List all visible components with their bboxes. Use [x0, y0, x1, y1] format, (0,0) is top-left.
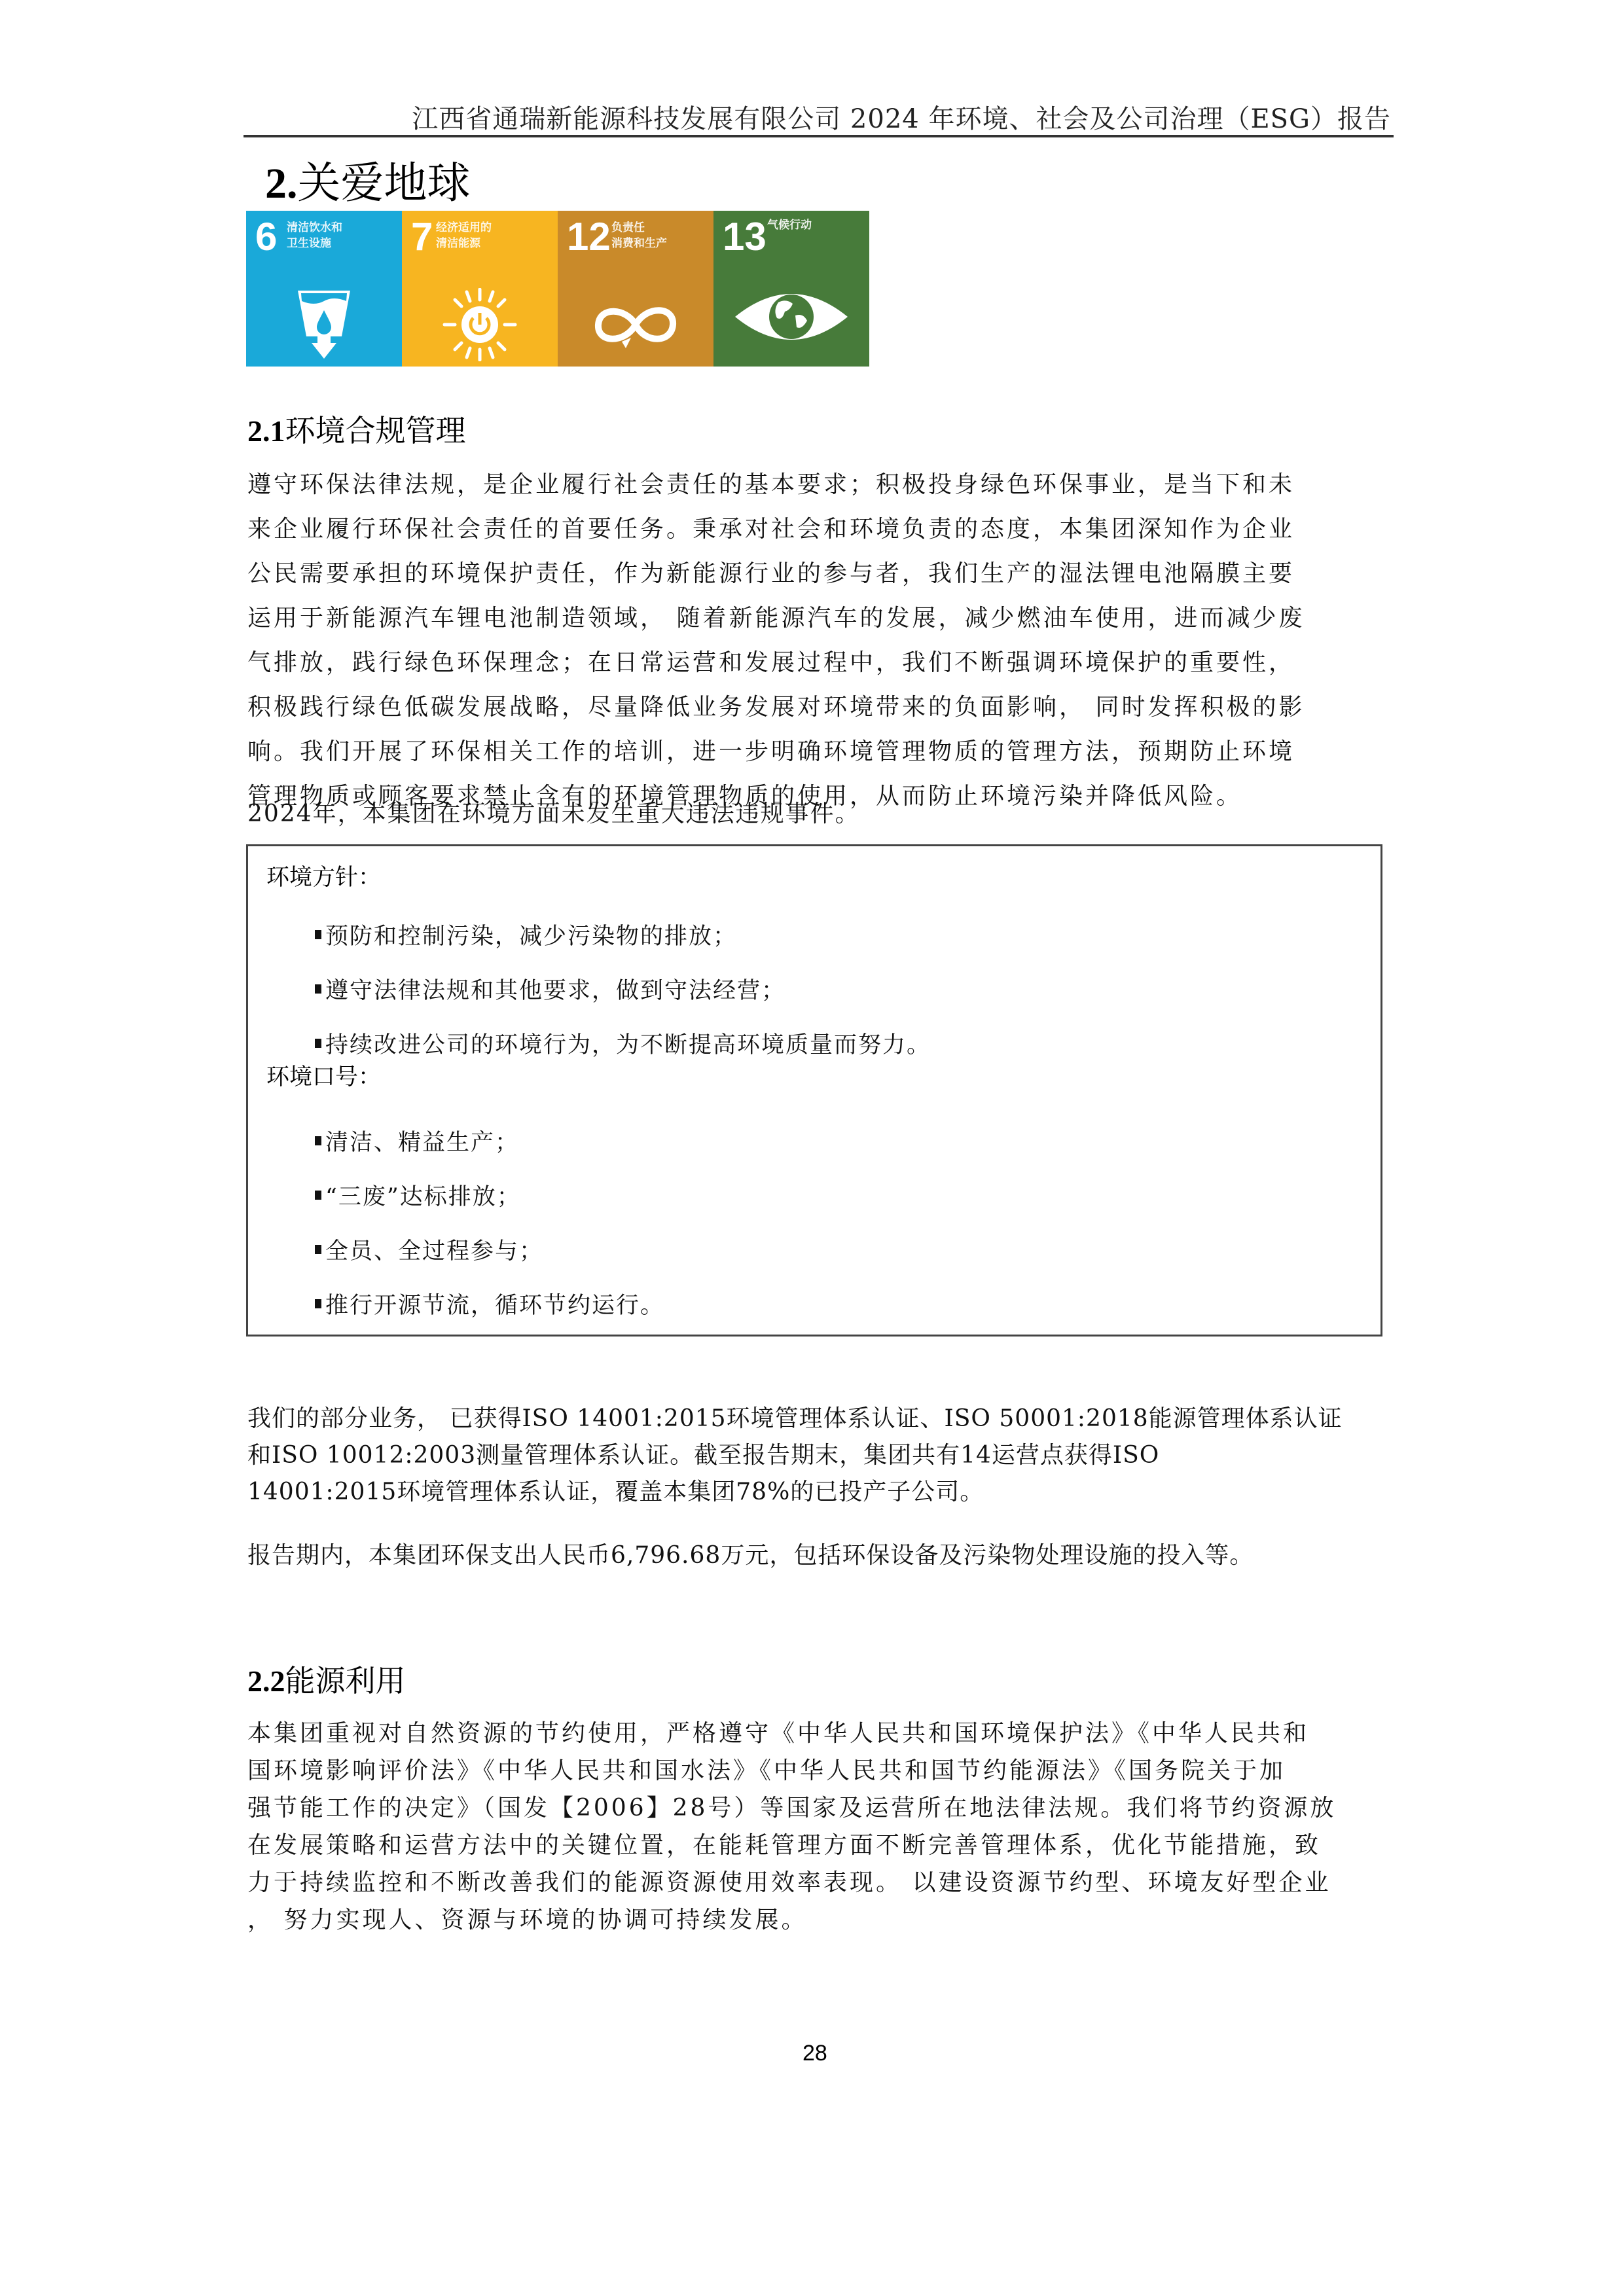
- slogan-title: 环境口号：: [266, 1059, 381, 1092]
- slogan-item: 清洁、精益生产；: [315, 1124, 519, 1157]
- sdg-label: 气候行动: [767, 217, 812, 233]
- square-bullet-icon: [315, 984, 321, 994]
- slogan-item: “三废”达标排放；: [315, 1179, 521, 1211]
- policy-item: 持续改进公司的环境行为，为不断提高环境质量而努力。: [315, 1027, 931, 1060]
- certification-paragraph: 我们的部分业务， 已获得ISO 14001:2015环境管理体系认证、ISO 5…: [247, 1401, 1386, 1511]
- sdg-tile-12: 12 负责任消费和生产: [558, 211, 713, 367]
- sdg-label: 负责任消费和生产: [611, 220, 667, 251]
- section-2-2-paragraph: 本集团重视对自然资源的节约使用，严格遵守《中华人民共和国环境保护法》《中华人民共…: [247, 1715, 1386, 1939]
- sun-power-icon: [441, 288, 519, 361]
- policy-item: 遵守法律法规和其他要求，做到守法经营；: [315, 973, 785, 1005]
- chapter-number: 2.: [265, 160, 298, 207]
- sdg-tile-6: 6 清洁饮水和卫生设施: [246, 211, 402, 367]
- sdg-number: 12: [567, 217, 611, 257]
- chapter-title: 关爱地球: [298, 158, 471, 208]
- expenditure-statement: 报告期内，本集团环保支出人民币6,796.68万元，包括环保设备及污染物处理设施…: [247, 1534, 1386, 1578]
- environmental-policy-box: 环境方针： 预防和控制污染，减少污染物的排放； 遵守法律法规和其他要求，做到守法…: [246, 844, 1382, 1336]
- section-heading-2-2: 2.2能源利用: [247, 1657, 406, 1700]
- compliance-statement: 2024年，本集团在环境方面未发生重大违法违规事件。: [247, 792, 1386, 836]
- sdg-label: 清洁饮水和卫生设施: [287, 220, 342, 251]
- square-bullet-icon: [315, 1136, 321, 1145]
- page-number: 28: [803, 2041, 827, 2066]
- square-bullet-icon: [315, 1191, 321, 1200]
- sdg-tile-13: 13 气候行动: [713, 211, 869, 367]
- square-bullet-icon: [315, 1245, 321, 1254]
- policy-item: 预防和控制污染，减少污染物的排放；: [315, 918, 737, 951]
- section-heading-2-1: 2.1环境合规管理: [247, 407, 466, 450]
- sdg-number: 7: [411, 217, 433, 257]
- sdg-icon-strip: 6 清洁饮水和卫生设施 7 经济适用的清洁能源 12 负责任消费和生产: [246, 211, 869, 367]
- header-divider: [244, 135, 1394, 137]
- sdg-number: 13: [723, 217, 767, 257]
- square-bullet-icon: [315, 1039, 321, 1048]
- slogan-item: 推行开源节流，循环节约运行。: [315, 1287, 664, 1320]
- sdg-tile-7: 7 经济适用的清洁能源: [402, 211, 558, 367]
- sdg-label: 经济适用的清洁能源: [436, 220, 492, 251]
- policy-title: 环境方针：: [266, 859, 381, 892]
- water-glass-drop-icon: [295, 288, 353, 361]
- square-bullet-icon: [315, 1299, 321, 1308]
- section-2-1-intro-paragraph: 遵守环保法律法规，是企业履行社会责任的基本要求；积极投身绿色环保事业，是当下和未…: [247, 463, 1386, 819]
- sdg-number: 6: [255, 217, 277, 257]
- eye-globe-icon: [732, 284, 850, 350]
- slogan-item: 全员、全过程参与；: [315, 1233, 543, 1266]
- infinity-loop-icon: [586, 288, 685, 361]
- running-header-title: 江西省通瑞新能源科技发展有限公司 2024 年环境、社会及公司治理（ESG）报告: [412, 98, 1391, 135]
- square-bullet-icon: [315, 930, 321, 939]
- chapter-heading: 2.关爱地球: [265, 148, 471, 210]
